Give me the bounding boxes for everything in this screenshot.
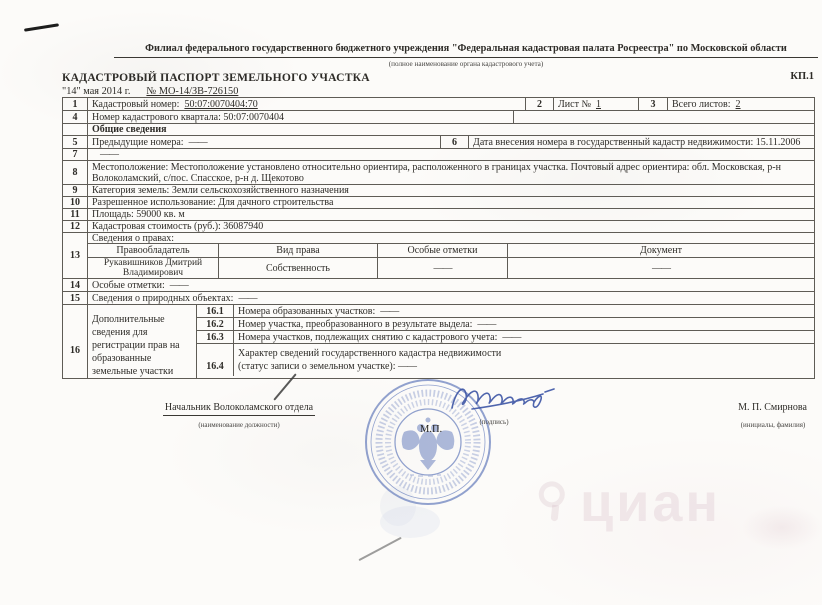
land-category-cell: Категория земель: Земли сельскохозяйстве… <box>88 185 814 196</box>
additional-info-label: Дополнительные сведения для регистрации … <box>88 305 197 378</box>
watermark: циан <box>538 458 768 548</box>
removal-parcels-label: Номера участков, подлежащих снятию с кад… <box>238 332 497 343</box>
row-number: 3 <box>639 98 668 110</box>
table-row: 4 Номер кадастрового квартала: 50:07:007… <box>63 111 814 124</box>
transformed-parcel-label: Номер участка, преобразованного в резуль… <box>238 319 472 330</box>
cadastral-table: 1 Кадастровый номер: 50:07:0070404:70 2 … <box>62 97 815 379</box>
scan-smudge <box>742 505 822 550</box>
row-number: 2 <box>526 98 554 110</box>
total-sheets-cell: Всего листов: 2 <box>668 98 814 110</box>
document-number: № МО-14/ЗВ-726150 <box>146 86 238 97</box>
cadastral-number-value: 50:07:0070404:70 <box>184 99 257 110</box>
permitted-use-cell: Разрешенное использование: Для дачного с… <box>88 197 814 208</box>
column-header-special-notes: Особые отметки <box>378 244 508 257</box>
natural-objects-cell: Сведения о природных объектах: —— <box>88 292 814 304</box>
position-title: Начальник Волоколамского отдела <box>163 402 315 416</box>
row-number: 4 <box>63 111 88 123</box>
additional-info-block: 16 Дополнительные сведения для регистрац… <box>63 305 814 378</box>
special-notes-label: Особые отметки: <box>92 280 165 291</box>
subrow-number: 16.1 <box>197 305 234 317</box>
table-row: 7 —— <box>63 149 814 161</box>
signer-name-caption: (инициалы, фамилия) <box>728 421 818 429</box>
area-cell: Площадь: 59000 кв. м <box>88 209 814 220</box>
rights-header: Сведения о правах: <box>88 233 814 243</box>
table-row: 11 Площадь: 59000 кв. м <box>63 209 814 221</box>
formed-parcels-label: Номера образованных участков: <box>238 306 375 317</box>
record-status-label: (статус записи о земельном участке): <box>238 361 396 372</box>
subrow-number: 16.4 <box>197 344 234 376</box>
sheet-cell: Лист № 1 <box>554 98 639 110</box>
row-number: 1 <box>63 98 88 110</box>
row-number: 7 <box>63 149 88 160</box>
position-caption: (наименование должности) <box>168 421 310 429</box>
record-status-cell: Характер сведений государственного кадас… <box>234 344 814 376</box>
subrow-number: 16.3 <box>197 331 234 343</box>
document-page: Филиал федерального государственного бюд… <box>0 0 822 605</box>
cadastral-number-label: Кадастровый номер: <box>92 99 179 110</box>
empty-dash-cell: —— <box>88 149 814 160</box>
org-header-rule <box>114 57 818 58</box>
row-number: 10 <box>63 197 88 208</box>
stamp-place-label: М.П. <box>420 424 442 435</box>
row-number: 14 <box>63 279 88 291</box>
document-value: —— <box>508 258 814 278</box>
dash-value: —— <box>170 280 188 291</box>
subrow-16-4: 16.4 Характер сведений государственного … <box>197 344 814 376</box>
quarter-number-cell: Номер кадастрового квартала: 50:07:00704… <box>88 111 514 123</box>
formed-parcels-cell: Номера образованных участков: —— <box>234 305 814 317</box>
org-header-caption: (полное наименование органа кадастрового… <box>114 60 818 68</box>
document-title: КАДАСТРОВЫЙ ПАСПОРТ ЗЕМЕЛЬНОГО УЧАСТКА <box>62 71 370 84</box>
special-notes-value: —— <box>378 258 508 278</box>
column-header-document: Документ <box>508 244 814 257</box>
row-number: 5 <box>63 136 88 148</box>
record-status-line1: Характер сведений государственного кадас… <box>238 347 810 360</box>
table-row: 12 Кадастровая стоимость (руб.): 3608794… <box>63 221 814 233</box>
table-row: 14 Особые отметки: —— <box>63 279 814 292</box>
sheet-label: Лист № <box>558 99 591 110</box>
total-sheets-value: 2 <box>736 99 741 110</box>
row-number <box>63 124 88 135</box>
location-pin-icon <box>535 479 575 527</box>
rights-values-row: Рукавишников Дмитрий Владимирович Собств… <box>88 258 814 278</box>
previous-numbers-cell: Предыдущие номера: —— <box>88 136 441 148</box>
handwritten-signature <box>448 378 558 420</box>
signature-caption: (подпись) <box>458 418 530 426</box>
subrow-16-3: 16.3 Номера участков, подлежащих снятию … <box>197 331 814 344</box>
dash-value: —— <box>380 306 398 317</box>
table-row: 1 Кадастровый номер: 50:07:0070404:70 2 … <box>63 98 814 111</box>
row-number: 16 <box>63 305 88 378</box>
row-number: 11 <box>63 209 88 220</box>
document-date: "14" мая 2014 г. <box>62 86 130 97</box>
table-row: 9 Категория земель: Земли сельскохозяйст… <box>63 185 814 197</box>
rightsholder-value: Рукавишников Дмитрий Владимирович <box>88 258 219 278</box>
table-row: Общие сведения <box>63 124 814 136</box>
table-row: 8 Местоположение: Местоположение установ… <box>63 161 814 185</box>
rights-columns-row: Правообладатель Вид права Особые отметки… <box>88 244 814 258</box>
org-header: Филиал федерального государственного бюд… <box>114 42 818 55</box>
record-status-line2: (статус записи о земельном участке): —— <box>238 360 810 373</box>
previous-numbers-label: Предыдущие номера: <box>92 137 184 148</box>
dash-value: —— <box>502 332 520 343</box>
rights-block: 13 Сведения о правах: Правообладатель Ви… <box>63 233 814 279</box>
date-line: "14" мая 2014 г.№ МО-14/ЗВ-726150 <box>62 86 238 97</box>
total-sheets-label: Всего листов: <box>672 99 731 110</box>
empty-cell <box>514 111 814 123</box>
row-number: 6 <box>441 136 469 148</box>
location-cell: Местоположение: Местоположение установле… <box>88 161 814 184</box>
dash-value: —— <box>477 319 495 330</box>
column-header-rightsholder: Правообладатель <box>88 244 219 257</box>
form-code: КП.1 <box>790 71 814 82</box>
right-type-value: Собственность <box>219 258 378 278</box>
table-row: 10 Разрешенное использование: Для дачног… <box>63 197 814 209</box>
row-number: 12 <box>63 221 88 232</box>
row-number: 13 <box>63 233 88 278</box>
row-number: 15 <box>63 292 88 304</box>
watermark-text: циан <box>580 472 721 534</box>
table-row: 5 Предыдущие номера: —— 6 Дата внесения … <box>63 136 814 149</box>
registry-date-cell: Дата внесения номера в государственный к… <box>469 136 814 148</box>
sheet-value: 1 <box>596 99 601 110</box>
dash-value: —— <box>398 361 416 372</box>
special-notes-cell: Особые отметки: —— <box>88 279 814 291</box>
transformed-parcel-cell: Номер участка, преобразованного в резуль… <box>234 318 814 330</box>
subrow-16-2: 16.2 Номер участка, преобразованного в р… <box>197 318 814 331</box>
removal-parcels-cell: Номера участков, подлежащих снятию с кад… <box>234 331 814 343</box>
dash-value: —— <box>238 293 256 304</box>
row-number: 9 <box>63 185 88 196</box>
section-general-header: Общие сведения <box>88 124 814 135</box>
dash-value: —— <box>189 137 207 148</box>
natural-objects-label: Сведения о природных объектах: <box>92 293 233 304</box>
table-row: 15 Сведения о природных объектах: —— <box>63 292 814 305</box>
rights-header-row: Сведения о правах: <box>88 233 814 244</box>
signer-name: М. П. Смирнова <box>730 402 815 413</box>
subrow-16-1: 16.1 Номера образованных участков: —— <box>197 305 814 318</box>
column-header-right-type: Вид права <box>219 244 378 257</box>
cadastral-number-cell: Кадастровый номер: 50:07:0070404:70 <box>88 98 526 110</box>
cadastral-value-cell: Кадастровая стоимость (руб.): 36087940 <box>88 221 814 232</box>
subrow-number: 16.2 <box>197 318 234 330</box>
pen-mark-top-left <box>24 23 59 31</box>
row-number: 8 <box>63 161 88 184</box>
